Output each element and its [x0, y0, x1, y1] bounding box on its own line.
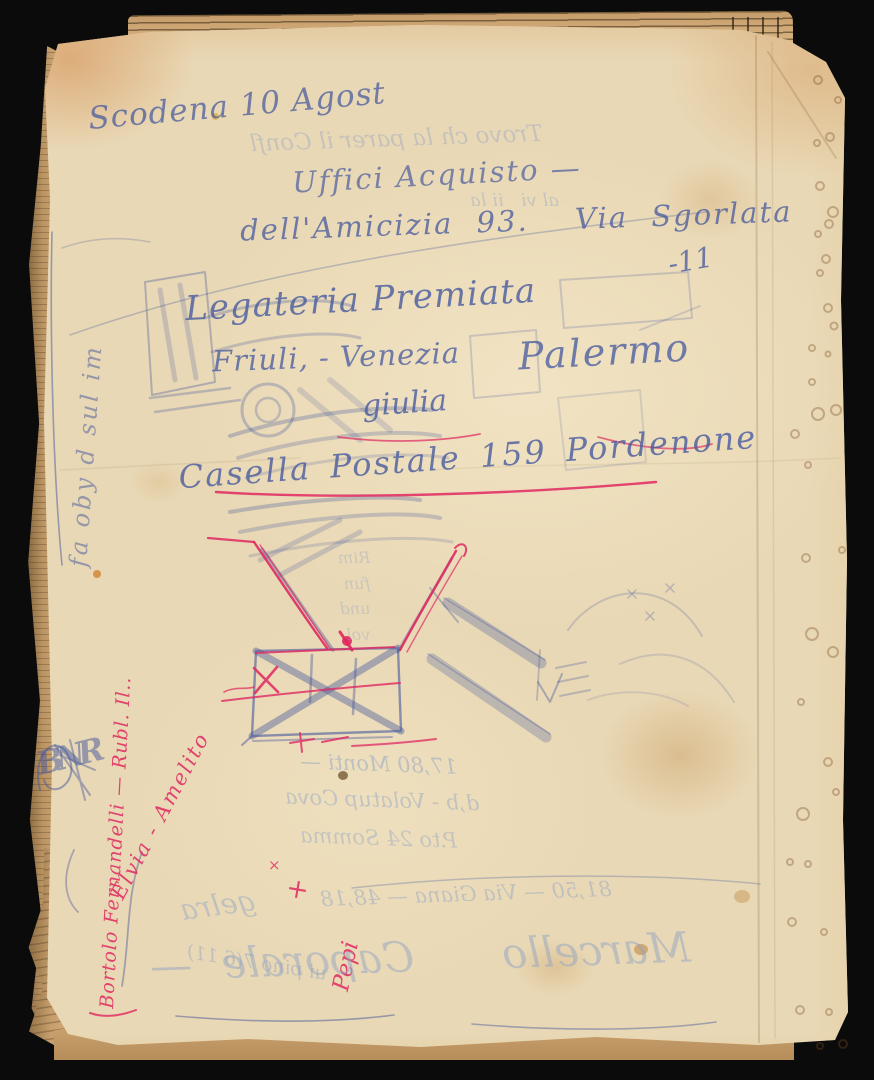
- bleedthrough-funnel-text: Rim fun und vol: [338, 545, 370, 647]
- handwriting-region-line2: giulia: [361, 383, 449, 425]
- binding-holes: [787, 76, 847, 1049]
- red-tick-mark: ×: [268, 856, 281, 874]
- handwriting-city-right: Palermo: [517, 326, 691, 381]
- notebook-photo: Scodena 10 Agost Trovo ch la parer il Co…: [0, 0, 874, 1080]
